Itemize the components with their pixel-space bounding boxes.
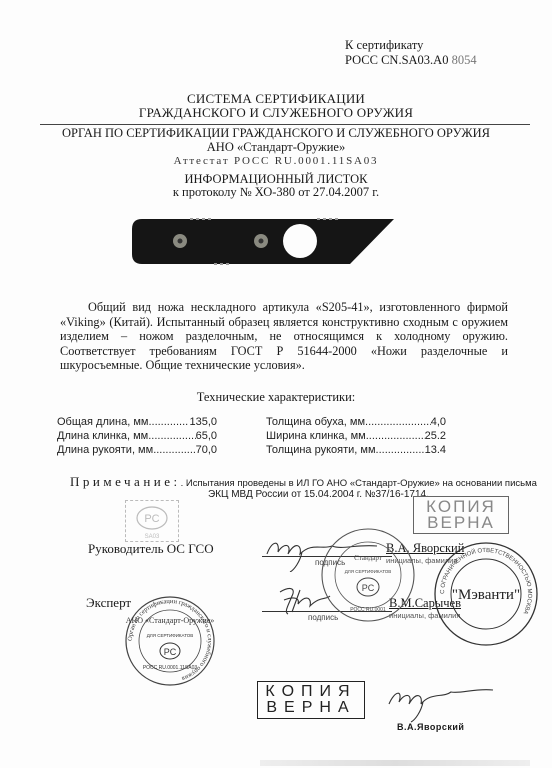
svg-text:ДЛЯ СЕРТИФИКАТОВ: ДЛЯ СЕРТИФИКАТОВ <box>345 569 392 574</box>
rc-square-stamp: РС SA03 <box>125 500 179 542</box>
ano-round-stamp: Орган по сертификации гражданского и слу… <box>124 595 216 687</box>
svg-text:РС: РС <box>144 513 159 525</box>
spec-row: Ширина клинка, мм25.2 <box>266 429 446 443</box>
cert-ref-line2: РОСС CN.SA03.A0 8054 <box>345 53 477 68</box>
cert-ref-number: 8054 <box>452 53 477 67</box>
final-signature-icon <box>385 680 495 724</box>
system-line1: СИСТЕМА СЕРТИФИКАЦИИ <box>0 92 552 106</box>
svg-text:Стандарт: Стандарт <box>354 554 382 562</box>
spec-row: Длина клинка, мм65,0 <box>57 429 217 443</box>
copy-verified-stamp: КОПИЯ ВЕРНА <box>413 496 509 534</box>
spec-row: Толщина обуха, мм4,0 <box>266 415 446 429</box>
svg-text:АНО «Стандарт-Оружие»: АНО «Стандарт-Оружие» <box>126 616 215 625</box>
note-line1: . Испытания проведены в ИЛ ГО АНО «Станд… <box>181 478 537 489</box>
certificate-reference: К сертификату РОСС CN.SA03.A0 8054 <box>345 38 477 68</box>
svg-text:РОСС RU.0001: РОСС RU.0001 <box>350 607 386 613</box>
svg-text:РС: РС <box>362 583 375 593</box>
ano-round-stamp-2: Стандарт ДЛЯ СЕРТИФИКАТОВ РС РОСС RU.000… <box>318 525 418 625</box>
note: Примечание:. Испытания проведены в ИЛ ГО… <box>70 474 537 490</box>
specs-right: Толщина обуха, мм4,0 Ширина клинка, мм25… <box>266 415 446 457</box>
specs-left: Общая длина, мм135,0 Длина клинка, мм65,… <box>57 415 217 457</box>
ano-name: АНО «Стандарт-Оружие» <box>0 140 552 155</box>
description-paragraph: Общий вид ножа нескладного артикула «S20… <box>60 300 508 373</box>
attestation: Аттестат РОСС RU.0001.11SA03 <box>0 155 552 167</box>
note-heading: Примечание: <box>70 474 181 489</box>
company-round-stamp: С ОГРАНИЧЕННОЙ ОТВЕТСТВЕННОСТЬЮ МОСКВА "… <box>432 540 540 648</box>
system-line2: ГРАЖДАНСКОГО И СЛУЖЕБНОГО ОРУЖИЯ <box>0 106 552 120</box>
cert-ref-line1: К сертификату <box>345 38 477 53</box>
svg-text:ДЛЯ СЕРТИФИКАТОВ: ДЛЯ СЕРТИФИКАТОВ <box>147 633 194 638</box>
knife-icon <box>132 217 402 267</box>
rc-mark-icon: РС SA03 <box>126 501 178 541</box>
spec-row: Длина рукояти, мм70,0 <box>57 443 217 457</box>
head-label: Руководитель ОС ГСО <box>88 541 214 557</box>
svg-text:РС: РС <box>164 647 177 657</box>
scan-artifact <box>260 760 530 766</box>
info-subtitle: к протоколу № ХО-380 от 27.04.2007 г. <box>0 185 552 200</box>
svg-text:SA03: SA03 <box>145 534 160 540</box>
spec-row: Толщина рукояти, мм13.4 <box>266 443 446 457</box>
description-text: Общий вид ножа нескладного артикула «S20… <box>60 300 508 373</box>
divider <box>40 124 530 125</box>
spec-row: Общая длина, мм135,0 <box>57 415 217 429</box>
organ-heading: ОРГАН ПО СЕРТИФИКАЦИИ ГРАЖДАНСКОГО И СЛУ… <box>0 126 552 140</box>
svg-text:"Мэванти": "Мэванти" <box>452 587 520 603</box>
copy-verified-stamp-2: КОПИЯ ВЕРНА <box>257 681 365 719</box>
svg-text:РОСС RU.0001.11SA03: РОСС RU.0001.11SA03 <box>143 665 197 671</box>
specs-title: Технические характеристики: <box>0 390 552 405</box>
final-signer-name: В.А.Яворский <box>397 722 464 732</box>
system-heading: СИСТЕМА СЕРТИФИКАЦИИ ГРАЖДАНСКОГО И СЛУЖ… <box>0 92 552 120</box>
note-line2: ЭКЦ МВД России от 15.04.2004 г. №37/16-1… <box>208 489 429 500</box>
